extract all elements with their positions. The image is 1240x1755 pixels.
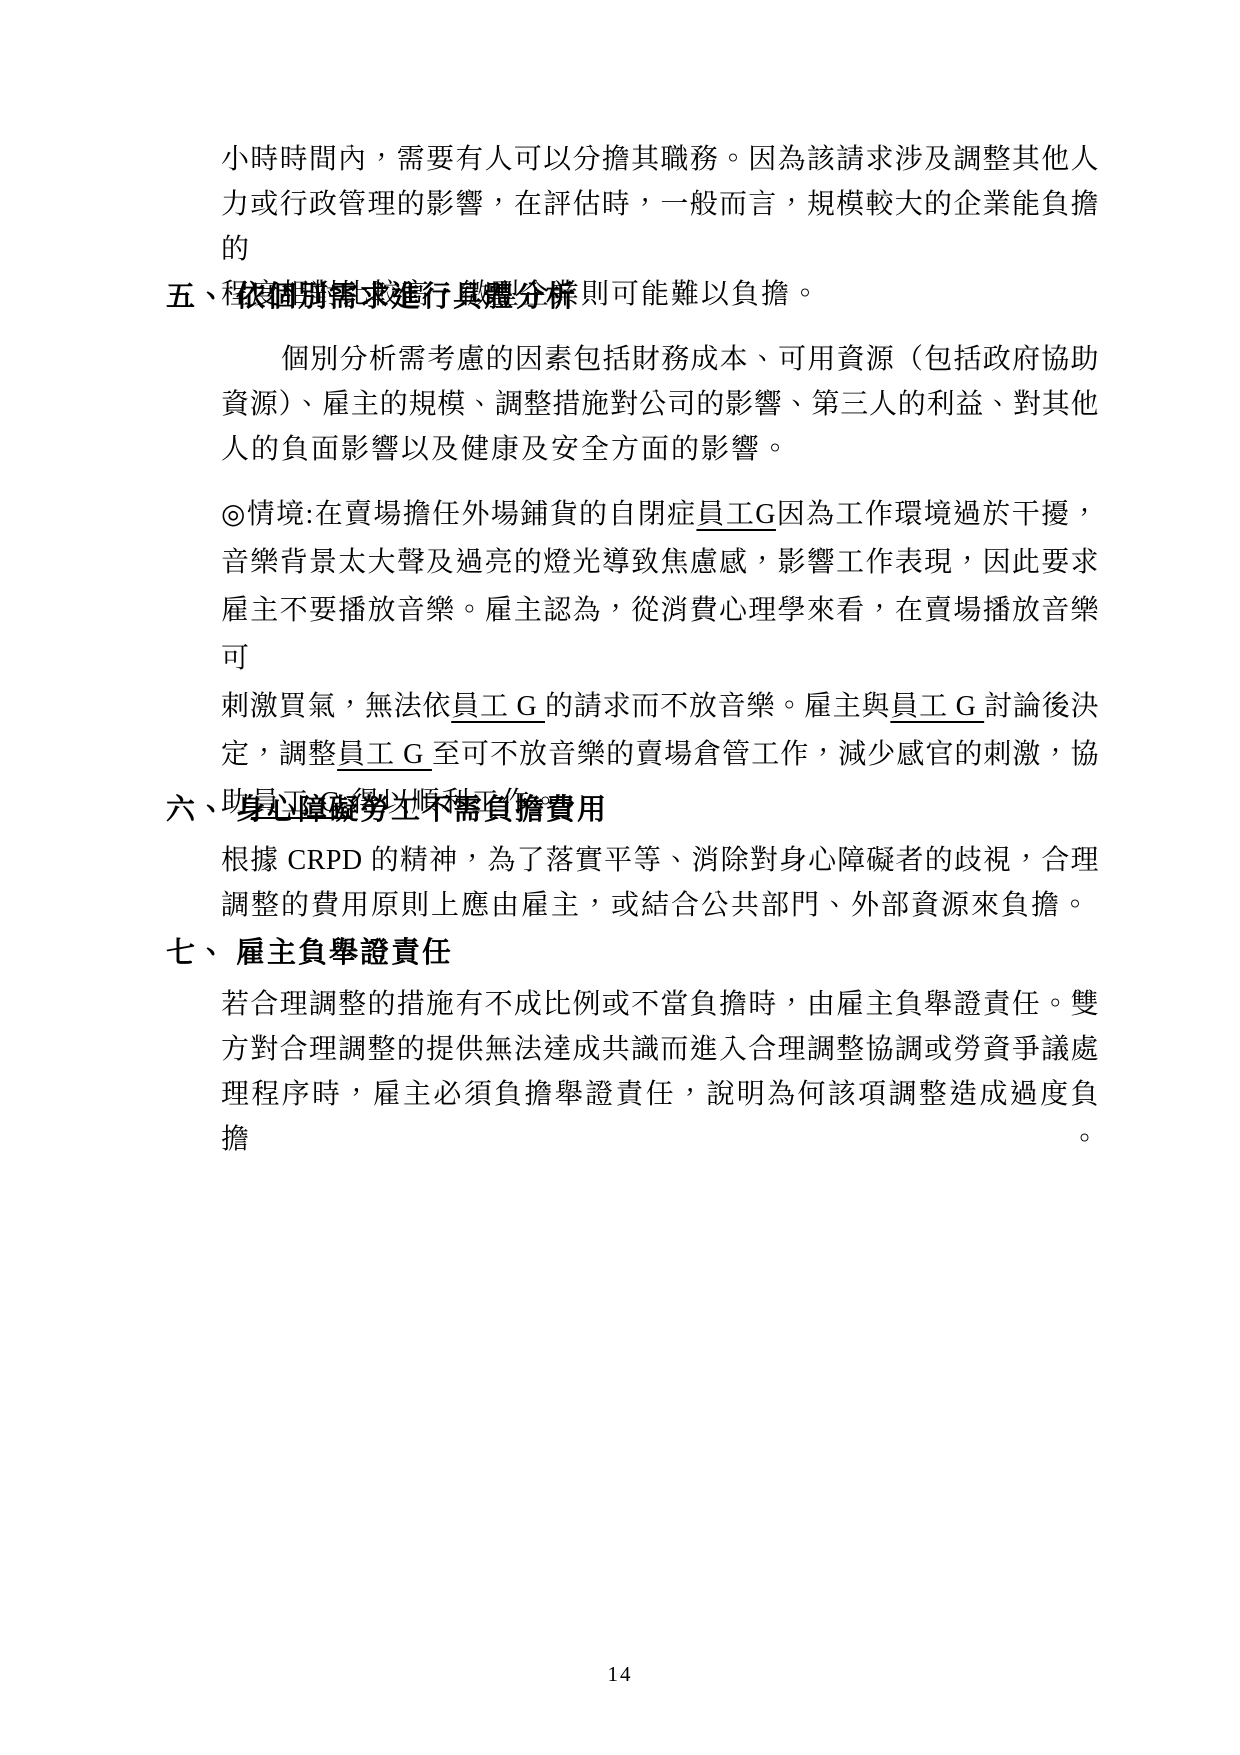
paragraph-crpd-cost: 根據 CRPD 的精神，為了落實平等、消除對身心障礙者的歧視，合理 調整的費用原… (221, 838, 1099, 928)
document-page: 小時時間內，需要有人可以分擔其職務。因為該請求涉及調整其他人 力或行政管理的影響… (0, 0, 1240, 1755)
text-line: 力或行政管理的影響，在評估時，一般而言，規模較大的企業能負擔的 (221, 182, 1099, 272)
text-line: 理程序時，雇主必須負擔舉證責任，說明為何該項調整造成過度負擔。 (221, 1072, 1099, 1162)
text-line: 根據 CRPD 的精神，為了落實平等、消除對身心障礙者的歧視，合理 (221, 838, 1099, 883)
heading-number: 五、 (166, 281, 228, 313)
underlined-employee-ref: 員工 G (337, 739, 432, 770)
heading-number: 六、 (166, 794, 228, 826)
page-number: 14 (0, 1662, 1240, 1687)
section-heading-6: 六、身心障礙勞工不需負擔費用 (166, 788, 608, 833)
text-segment: ◎情境:在賣場擔任外場鋪貨的自閉症 (221, 499, 696, 530)
text-line: 小時時間內，需要有人可以分擔其職務。因為該請求涉及調整其他人 (221, 137, 1099, 182)
text-segment: 的請求而不放音樂。雇主與 (545, 691, 890, 722)
underlined-employee-ref: 員工 G (890, 691, 984, 722)
underlined-employee-ref: 員工G (696, 499, 775, 530)
paragraph-individual-analysis: 個別分析需考慮的因素包括財務成本、可用資源（包括政府協助 資源）、雇主的規模、調… (221, 337, 1099, 472)
text-segment: 刺激買氣，無法依 (221, 691, 451, 722)
heading-title: 身心障礙勞工不需負擔費用 (236, 794, 608, 826)
text-line: 資源）、雇主的規模、調整措施對公司的影響、第三人的利益、對其他 (221, 382, 1099, 427)
text-line: 刺激買氣，無法依員工 G 的請求而不放音樂。雇主與員工 G 討論後決 (221, 683, 1099, 731)
text-line: 人的負面影響以及健康及安全方面的影響。 (221, 427, 1099, 472)
text-line: 雇主不要播放音樂。雇主認為，從消費心理學來看，在賣場播放音樂可 (221, 587, 1099, 683)
underlined-employee-ref: 員工 G (451, 691, 545, 722)
text-line: 調整的費用原則上應由雇主，或結合公共部門、外部資源來負擔。 (221, 883, 1099, 928)
paragraph-scenario-employee-g: ◎情境:在賣場擔任外場鋪貨的自閉症員工G因為工作環境過於干擾， 音樂背景太大聲及… (221, 491, 1099, 827)
paragraph-burden-of-proof: 若合理調整的措施有不成比例或不當負擔時，由雇主負舉證責任。雙 方對合理調整的提供… (221, 982, 1099, 1162)
text-line: 個別分析需考慮的因素包括財務成本、可用資源（包括政府協助 (221, 337, 1099, 382)
heading-title: 雇主負舉證責任 (236, 937, 453, 969)
text-segment: 定，調整 (221, 739, 337, 770)
text-line: 音樂背景太大聲及過亮的燈光導致焦慮感，影響工作表現，因此要求 (221, 539, 1099, 587)
text-line: 方對合理調整的提供無法達成共識而進入合理調整協調或勞資爭議處 (221, 1027, 1099, 1072)
section-heading-5: 五、依個別需求進行具體分析 (166, 275, 577, 320)
text-line: 定，調整員工 G 至可不放音樂的賣場倉管工作，減少感官的刺激，協 (221, 731, 1099, 779)
text-line: ◎情境:在賣場擔任外場鋪貨的自閉症員工G因為工作環境過於干擾， (221, 491, 1099, 539)
text-segment: 討論後決 (984, 691, 1099, 722)
section-heading-7: 七、雇主負舉證責任 (166, 931, 453, 976)
text-segment: 至可不放音樂的賣場倉管工作，減少感官的刺激，協 (432, 739, 1099, 770)
heading-title: 依個別需求進行具體分析 (236, 281, 577, 313)
text-segment: 因為工作環境過於干擾， (776, 499, 1099, 530)
heading-number: 七、 (166, 937, 228, 969)
text-line: 若合理調整的措施有不成比例或不當負擔時，由雇主負舉證責任。雙 (221, 982, 1099, 1027)
